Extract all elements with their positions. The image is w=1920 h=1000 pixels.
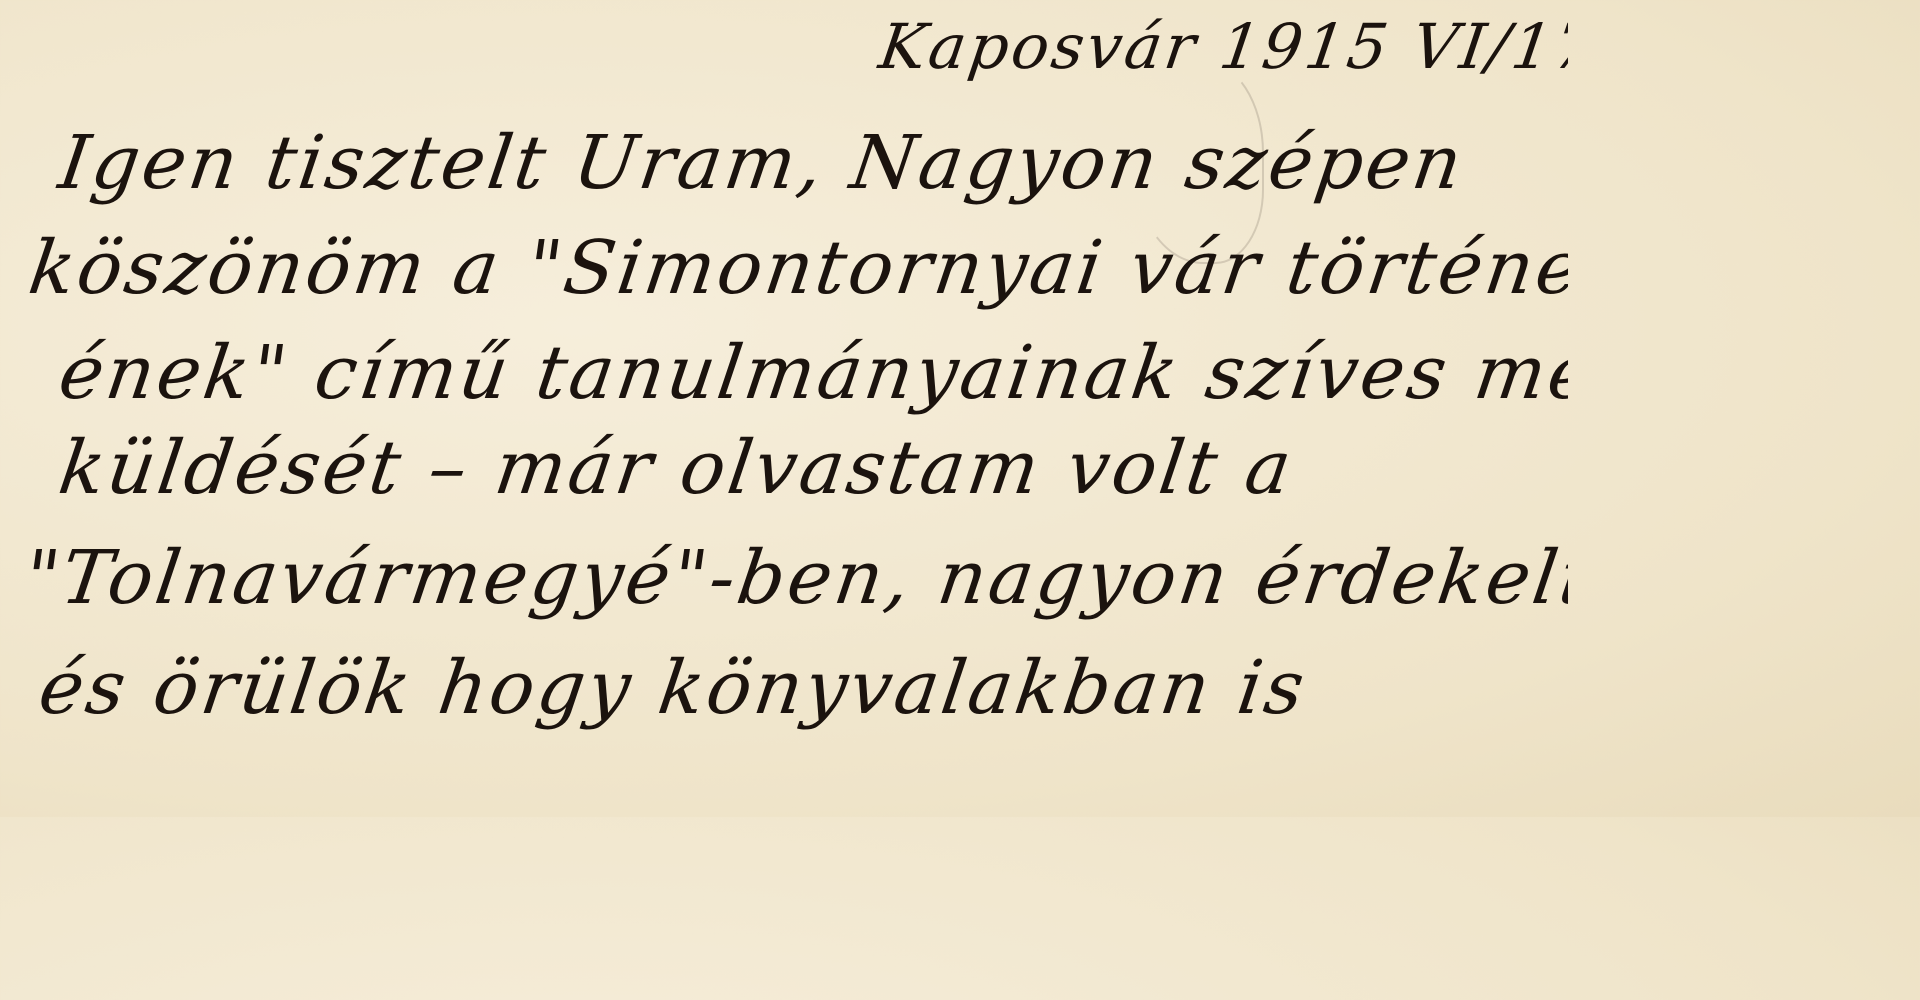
letter-line-5: "Tolnavármegyé"-ben, nagyon érdekelt bbox=[19, 535, 1568, 621]
letter-line-4: küldését – már olvastam volt a bbox=[54, 425, 1299, 511]
letter-page: Kaposvár 1915 VI/17 Igen tisztelt Uram, … bbox=[0, 0, 1568, 817]
letter-line-2: köszönöm a "Simontornyai vár történet- bbox=[24, 225, 1568, 311]
letter-line-1: Igen tisztelt Uram, Nagyon szépen bbox=[54, 120, 1470, 206]
dateline: Kaposvár 1915 VI/17 bbox=[875, 10, 1568, 83]
letter-line-6: és örülök hogy könyvalakban is bbox=[34, 645, 1312, 731]
letter-line-3: ének" című tanulmányainak szíves meg- bbox=[54, 330, 1568, 416]
